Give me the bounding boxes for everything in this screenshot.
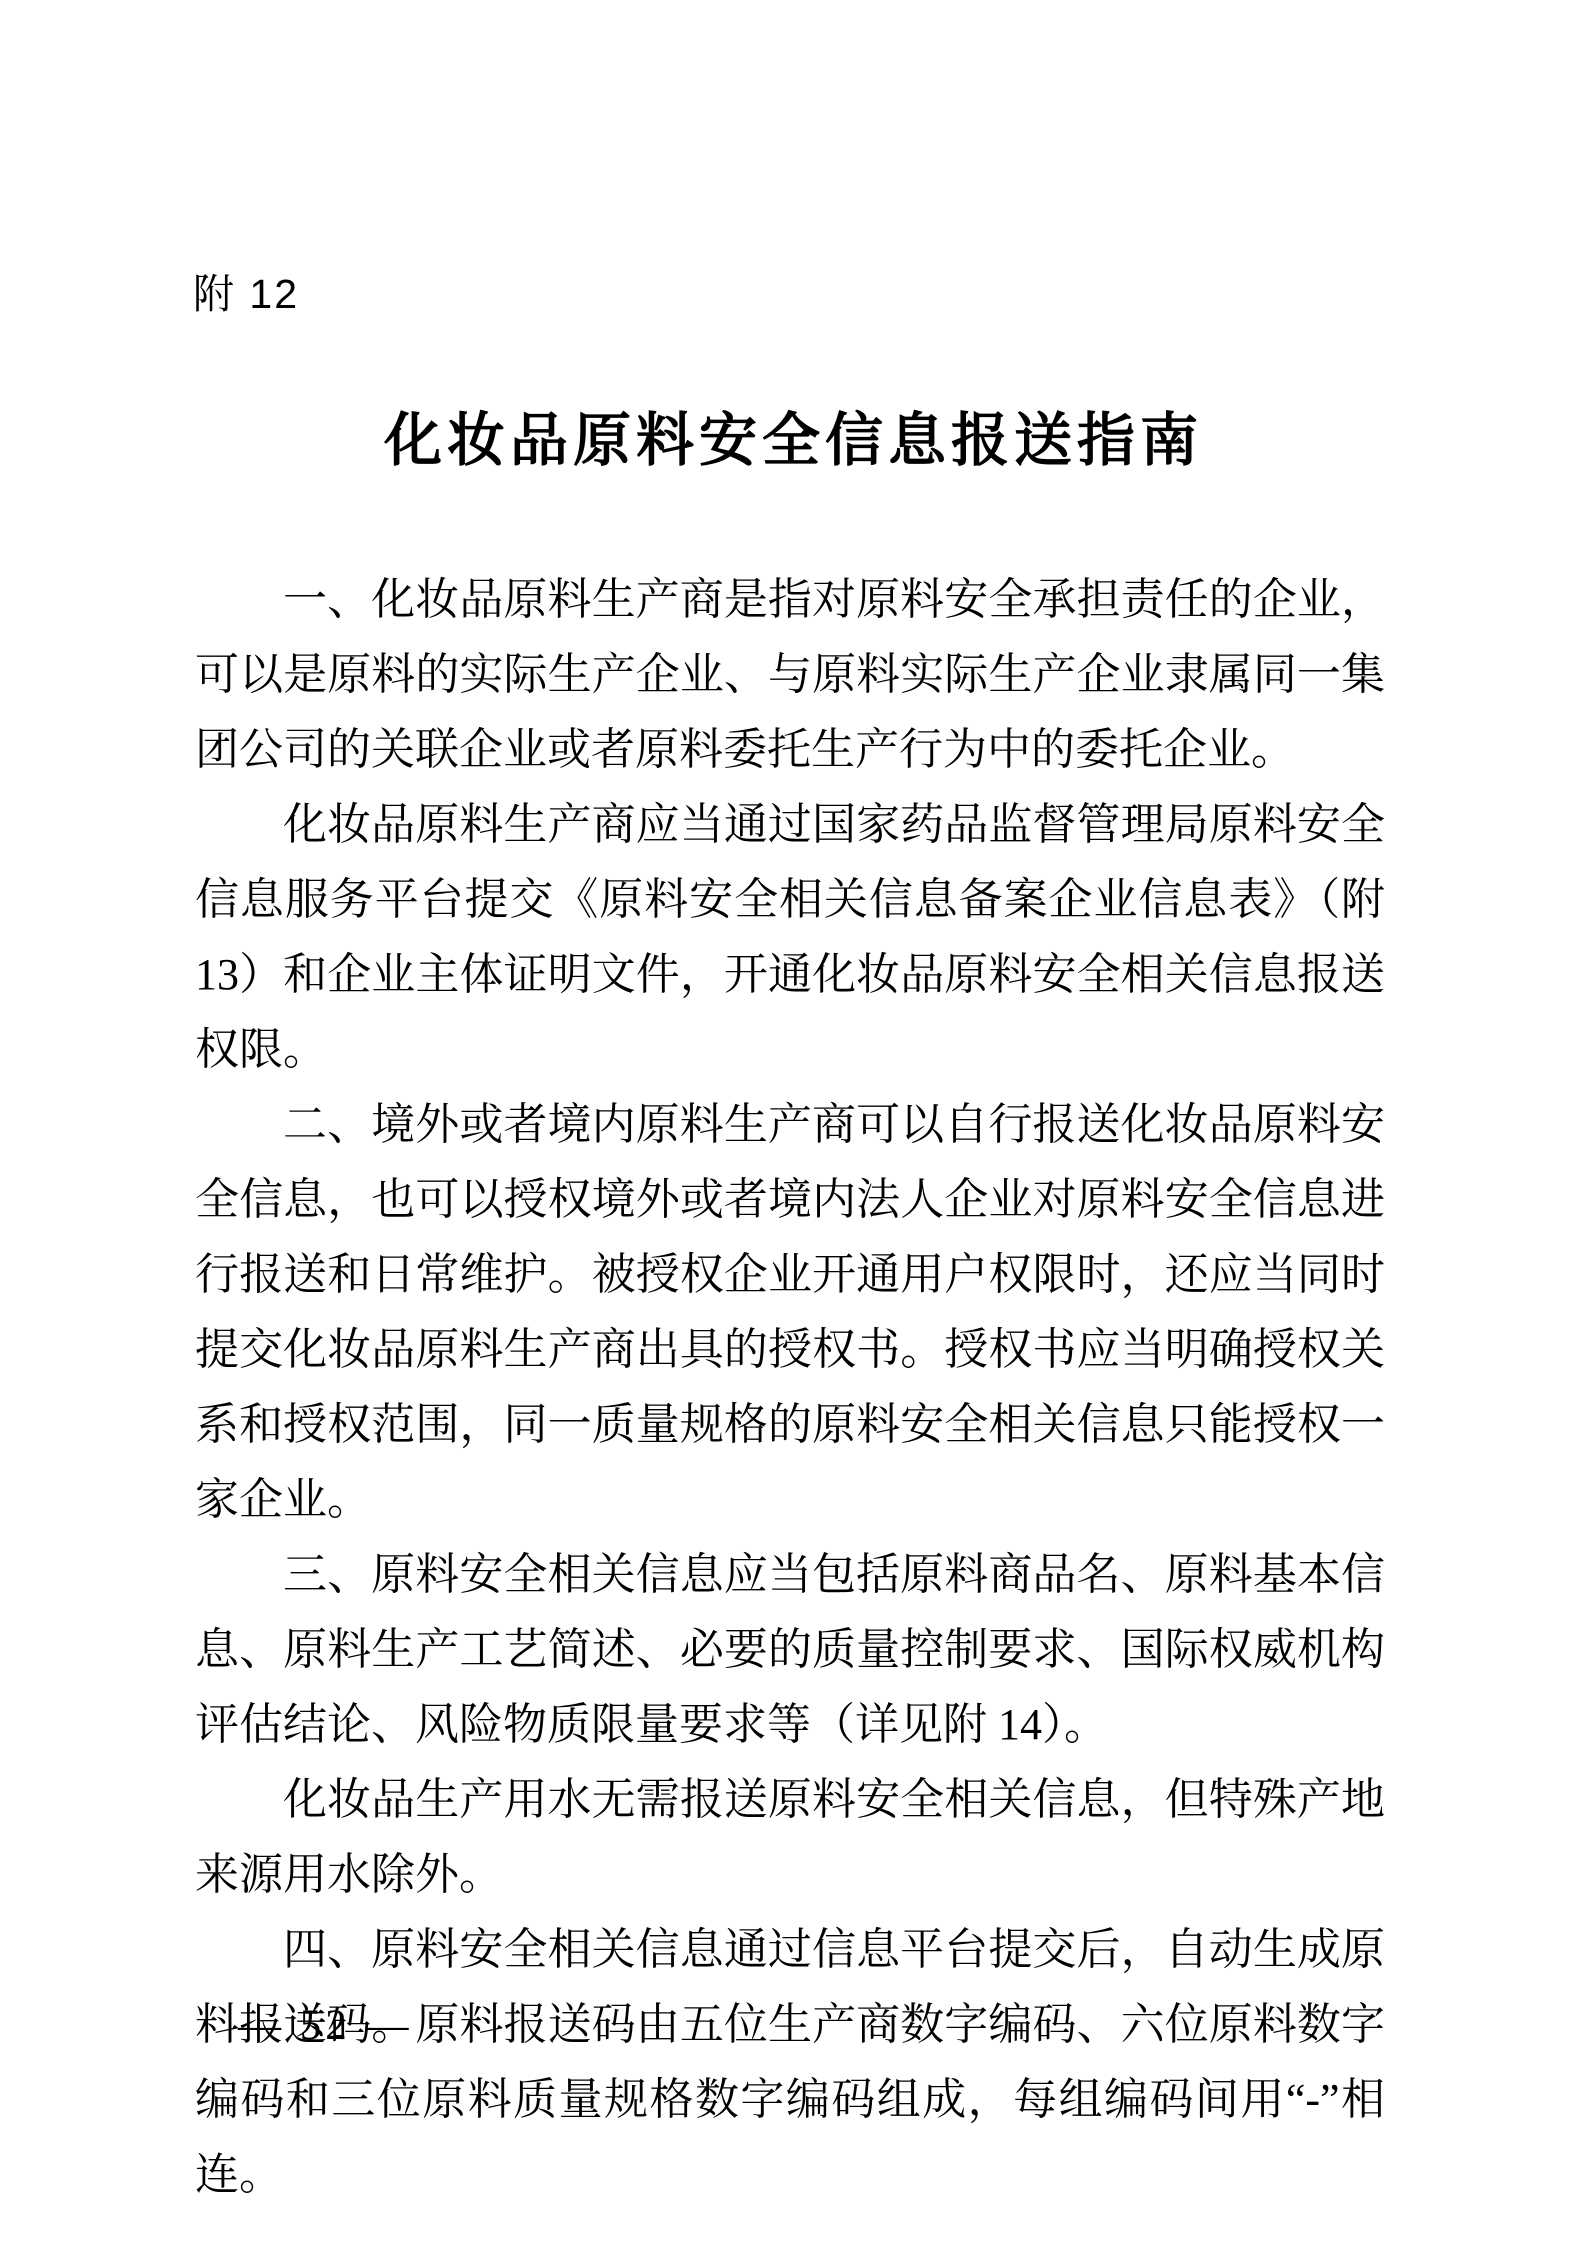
paragraph: 化妆品原料生产商应当通过国家药品监督管理局原料安全信息服务平台提交《原料安全相关…	[195, 787, 1385, 1087]
page-title: 化妆品原料安全信息报送指南	[0, 404, 1587, 478]
page-footer: — 52 —	[238, 2000, 413, 2052]
paragraph: 四、原料安全相关信息通过信息平台提交后，自动生成原料报送码。原料报送码由五位生产…	[195, 1912, 1385, 2212]
paragraph: 化妆品生产用水无需报送原料安全相关信息，但特殊产地来源用水除外。	[195, 1762, 1385, 1912]
paragraph: 二、境外或者境内原料生产商可以自行报送化妆品原料安全信息，也可以授权境外或者境内…	[195, 1087, 1385, 1537]
paragraph: 三、原料安全相关信息应当包括原料商品名、原料基本信息、原料生产工艺简述、必要的质…	[195, 1537, 1385, 1762]
attachment-label: 附 12	[193, 268, 299, 320]
document-body: 一、化妆品原料生产商是指对原料安全承担责任的企业，可以是原料的实际生产企业、与原…	[195, 562, 1385, 2212]
paragraph: 一、化妆品原料生产商是指对原料安全承担责任的企业，可以是原料的实际生产企业、与原…	[195, 562, 1385, 787]
page-number: — 52 —	[238, 2002, 413, 2049]
document-page: 附 12 化妆品原料安全信息报送指南 一、化妆品原料生产商是指对原料安全承担责任…	[0, 0, 1587, 2245]
